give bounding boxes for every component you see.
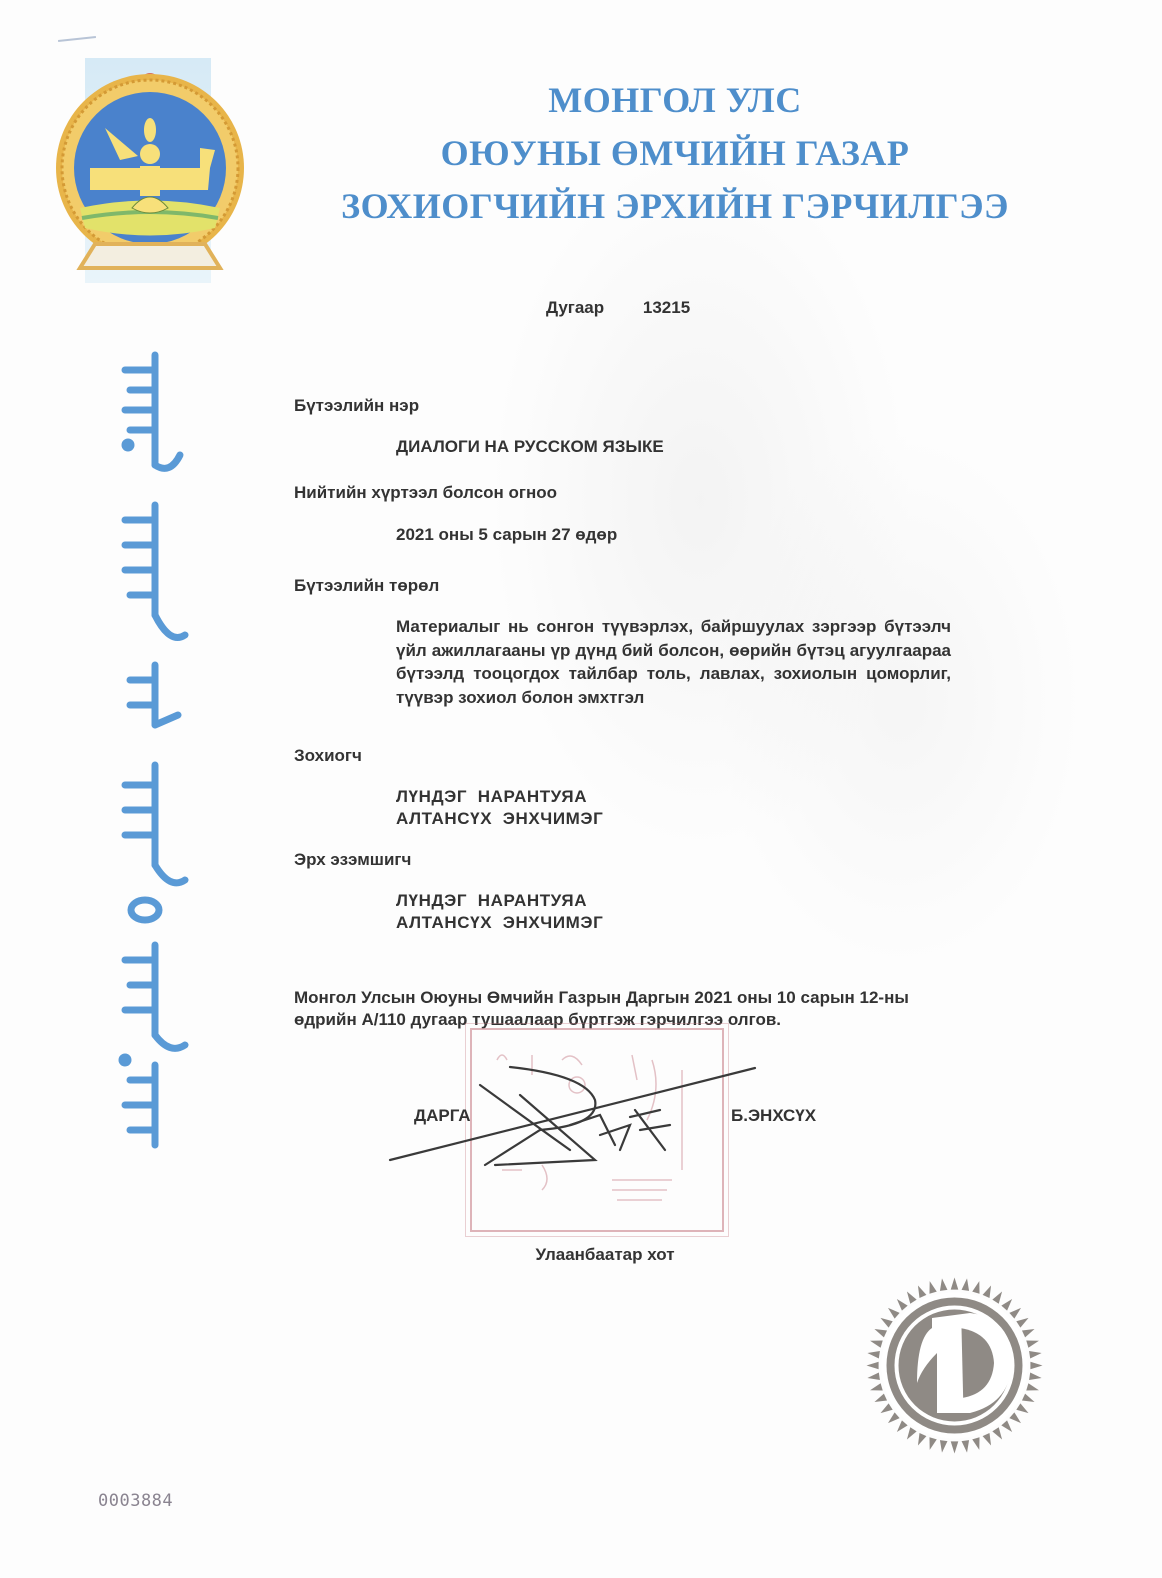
certificate-number: 13215: [643, 298, 690, 317]
title-line-country: МОНГОЛ УЛС: [300, 74, 1050, 127]
ip-office-seal-icon: [862, 1273, 1047, 1458]
right-holder-label: Эрх эзэмшигч: [294, 850, 411, 870]
right-holder-name: ЛҮНДЭГ НАРАНТУЯА: [396, 890, 603, 912]
author-name: АЛТАНСҮХ ЭНХЧИМЭГ: [396, 808, 603, 830]
right-holder-list: ЛҮНДЭГ НАРАНТУЯА АЛТАНСҮХ ЭНХЧИМЭГ: [396, 890, 603, 934]
title-line-agency: ОЮУНЫ ӨМЧИЙН ГАЗАР: [300, 127, 1050, 180]
author-name: ЛҮНДЭГ НАРАНТУЯА: [396, 786, 603, 808]
work-type-value: Материалыг нь сонгон түүвэрлэх, байршуул…: [396, 615, 951, 709]
right-holder-name: АЛТАНСҮХ ЭНХЧИМЭГ: [396, 912, 603, 934]
serial-number: 0003884: [98, 1491, 173, 1511]
publication-date-label: Нийтийн хүртээл болсон огноо: [294, 483, 557, 503]
number-label: Дугаар: [546, 298, 604, 317]
resolution-text: Монгол Улсын Оюуны Өмчийн Газрын Даргын …: [294, 987, 1034, 1031]
certificate-number-row: Дугаар 13215: [546, 298, 690, 318]
mongolian-vertical-script: [100, 345, 190, 1155]
city-name: Улаанбаатар хот: [0, 1245, 1162, 1265]
author-list: ЛҮНДЭГ НАРАНТУЯА АЛТАНСҮХ ЭНХЧИМЭГ: [396, 786, 603, 830]
publication-date-value: 2021 оны 5 сарын 27 өдөр: [396, 525, 617, 545]
work-name-value: ДИАЛОГИ НА РУССКОМ ЯЗЫКЕ: [396, 437, 664, 457]
work-type-label: Бүтээлийн төрөл: [294, 576, 439, 596]
state-emblem: [85, 58, 211, 283]
mongolia-state-emblem-icon: [50, 68, 250, 288]
title-line-document: ЗОХИОГЧИЙН ЭРХИЙН ГЭРЧИЛГЭЭ: [300, 180, 1050, 233]
resolution-line-1: Монгол Улсын Оюуны Өмчийн Газрын Даргын …: [294, 987, 1034, 1009]
work-name-label: Бүтээлийн нэр: [294, 396, 419, 416]
certificate-title: МОНГОЛ УЛС ОЮУНЫ ӨМЧИЙН ГАЗАР ЗОХИОГЧИЙН…: [300, 74, 1050, 233]
author-label: Зохиогч: [294, 746, 362, 766]
certificate-page: МОНГОЛ УЛС ОЮУНЫ ӨМЧИЙН ГАЗАР ЗОХИОГЧИЙН…: [0, 0, 1162, 1578]
handwritten-signature: [385, 1055, 765, 1175]
scan-mark: [58, 36, 96, 42]
